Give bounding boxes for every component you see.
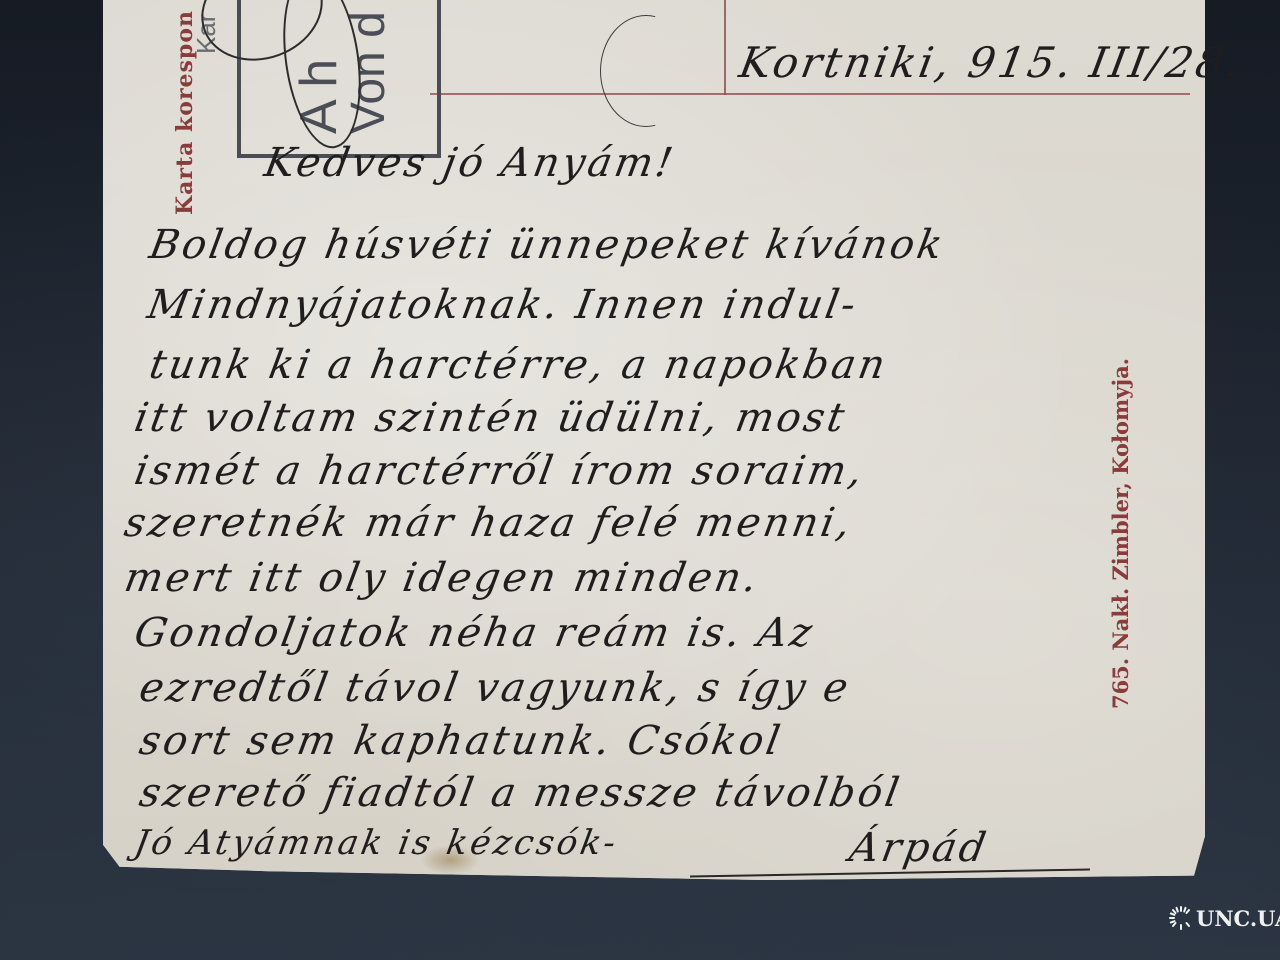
letter-line: itt voltam szintén üdülni, most bbox=[131, 395, 851, 441]
letter-line: szerető fiadtól a messze távolból bbox=[136, 770, 905, 816]
watermark: UNC.UA bbox=[1168, 905, 1280, 931]
printed-publisher: 765. Nakł. Zimbler, Kołomyja. bbox=[1100, 358, 1140, 878]
address-divider-line bbox=[724, 0, 726, 95]
watermark-text: UNC.UA bbox=[1196, 906, 1280, 931]
date-line: Kortniki, 915. III/28. bbox=[736, 38, 1247, 87]
letter-line: tunk ki a harctérre, a napokban bbox=[146, 342, 892, 388]
letter-line: ismét a harctérről írom soraim, bbox=[131, 448, 869, 494]
letter-line: szeretnék már haza felé menni, bbox=[121, 500, 857, 546]
letter-line: sort sem kaphatunk. Csókol bbox=[136, 718, 786, 764]
letter-line: Jó Atyámnak is kézcsók- bbox=[131, 823, 621, 863]
publisher-text: 765. Nakł. Zimbler, Kołomyja. bbox=[1108, 358, 1133, 709]
signature: Árpád bbox=[846, 825, 992, 871]
letter-line: ezredtől távol vagyunk, s így e bbox=[136, 665, 855, 711]
greeting: Kedves jó Anyám! bbox=[261, 140, 679, 186]
letter-line: Mindnyájatoknak. Innen indul- bbox=[144, 282, 862, 328]
letter-line: Boldog húsvéti ünnepeket kívánok bbox=[146, 222, 949, 268]
letter-line: mert itt oly idegen minden. bbox=[121, 555, 764, 601]
letter-line: Gondoljatok néha reám is. Az bbox=[131, 610, 819, 656]
date-rule-line bbox=[430, 93, 1190, 95]
sunburst-icon bbox=[1168, 905, 1194, 931]
